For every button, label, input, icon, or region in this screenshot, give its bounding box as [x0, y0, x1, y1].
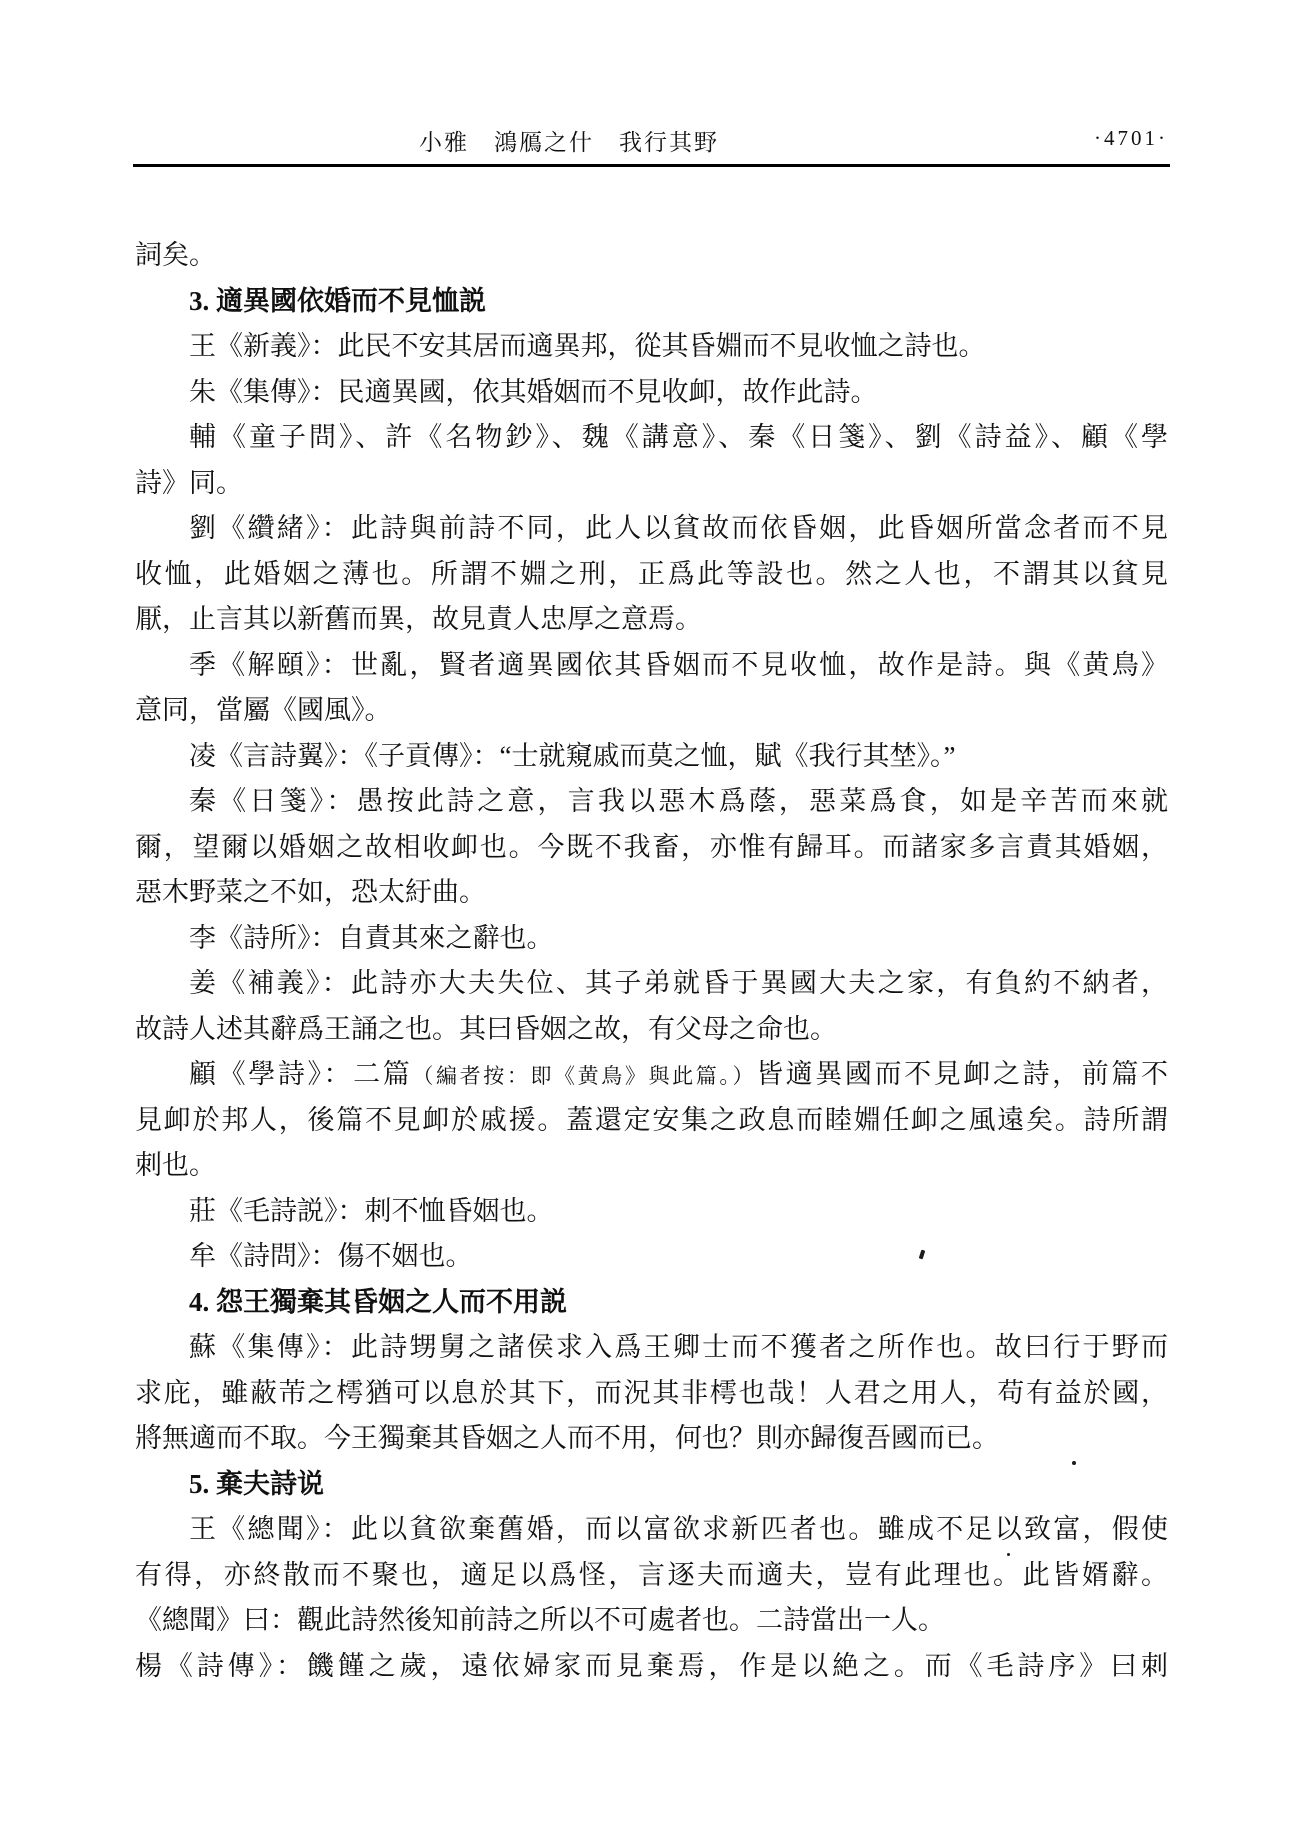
- text-line: 意同，當屬《國風》。: [135, 688, 1168, 734]
- header-rule: [133, 164, 1170, 167]
- text-segment: 顧《學詩》：二篇: [189, 1059, 412, 1089]
- text-line: 有得，亦終散而不聚也，適足以爲怪，言逐夫而適夫，豈有此理也。此皆婿辭。: [135, 1553, 1168, 1599]
- text-line: 姜《補義》：此詩亦大夫失位、其子弟就昏于異國大夫之家，有負約不納者，: [135, 961, 1168, 1007]
- text-line: 李《詩所》：自責其來之辭也。: [135, 916, 1168, 962]
- text-line: 將無適而不取。今王獨棄其昏姻之人而不用，何也？則亦歸復吾國而已。: [135, 1416, 1168, 1462]
- running-title: 小雅 鴻鴈之什 我行其野: [135, 124, 1003, 157]
- text-line: 惡木野菜之不如，恐太紆曲。: [135, 870, 1168, 916]
- text-line: 輔《童子問》、許《名物鈔》、魏《講意》、秦《日箋》、劉《詩益》、顧《學: [135, 415, 1168, 461]
- book-page: 小雅 鴻鴈之什 我行其野 ·4701· 詞矣。3. 適異國依婚而不見恤説王《新義…: [0, 0, 1300, 1827]
- text-line: 王《總聞》：此以貧欲棄舊婚，而以富欲求新匹者也。雖成不足以致富，假使: [135, 1507, 1168, 1553]
- text-line: 顧《學詩》：二篇（編者按：即《黄鳥》與此篇。）皆適異國而不見卹之詩，前篇不: [135, 1052, 1168, 1098]
- text-line: 厭，止言其以新舊而異，故見責人忠厚之意焉。: [135, 597, 1168, 643]
- text-line: 季《解頤》：世亂，賢者適異國依其昏姻而不見收恤，故作是詩。與《黄鳥》: [135, 643, 1168, 689]
- editor-note: （編者按：即《黄鳥》與此篇。）: [412, 1064, 756, 1088]
- page-header: 小雅 鴻鴈之什 我行其野 ·4701·: [135, 124, 1168, 156]
- text-line: 牟《詩問》：傷不姻也。: [135, 1234, 1168, 1280]
- text-line: 《總聞》曰：觀此詩然後知前詩之所以不可處者也。二詩當出一人。: [135, 1598, 1168, 1644]
- text-line: 收恤，此婚姻之薄也。所謂不婣之刑，正爲此等設也。然之人也，不謂其以貧見: [135, 552, 1168, 598]
- section-heading: 4. 怨王獨棄其昏姻之人而不用説: [135, 1280, 1168, 1326]
- text-line: 王《新義》：此民不安其居而適異邦，從其昏婣而不見收恤之詩也。: [135, 324, 1168, 370]
- text-line: 爾，望爾以婚姻之故相收卹也。今既不我畜，亦惟有歸耳。而諸家多言責其婚姻，: [135, 825, 1168, 871]
- section-heading: 5. 棄夫詩说: [135, 1462, 1168, 1508]
- text-line: 刺也。: [135, 1143, 1168, 1189]
- scan-artifact: [1007, 1553, 1010, 1556]
- text-line: 朱《集傳》：民適異國，依其婚姻而不見收卹，故作此詩。: [135, 370, 1168, 416]
- text-line: 故詩人述其辭爲王誦之也。其曰昏姻之故，有父母之命也。: [135, 1007, 1168, 1053]
- page-body: 詞矣。3. 適異國依婚而不見恤説王《新義》：此民不安其居而適異邦，從其昏婣而不見…: [135, 233, 1168, 1689]
- text-line: 詩》同。: [135, 461, 1168, 507]
- text-line: 莊《毛詩説》：刺不恤昏姻也。: [135, 1189, 1168, 1235]
- text-line: 見卹於邦人，後篇不見卹於戚援。蓋還定安集之政息而睦婣任卹之風遠矣。詩所謂: [135, 1098, 1168, 1144]
- section-heading: 3. 適異國依婚而不見恤説: [135, 279, 1168, 325]
- scan-artifact: [1072, 1461, 1076, 1465]
- text-line: 蘇《集傳》：此詩甥舅之諸侯求入爲王卿士而不獲者之所作也。故曰行于野而: [135, 1325, 1168, 1371]
- text-line: 楊《詩傳》：饑饉之歲，遠依婦家而見棄焉，作是以絶之。而《毛詩序》曰刺: [135, 1644, 1168, 1690]
- text-line: 凌《言詩翼》：《子貢傳》：“士就窺戚而莫之恤，賦《我行其埜》。”: [135, 734, 1168, 780]
- text-line: 劉《纘緒》：此詩與前詩不同，此人以貧故而依昏姻，此昏姻所當念者而不見: [135, 506, 1168, 552]
- text-line: 求庇，雖蔽芾之樗猶可以息於其下，而況其非樗也哉！人君之用人，苟有益於國，: [135, 1371, 1168, 1417]
- text-line: 詞矣。: [135, 233, 1168, 279]
- page-number: ·4701·: [1094, 126, 1168, 151]
- text-line: 秦《日箋》：愚按此詩之意，言我以惡木爲蔭，惡菜爲食，如是辛苦而來就: [135, 779, 1168, 825]
- text-segment: 皆適異國而不見卹之詩，前篇不: [756, 1059, 1168, 1089]
